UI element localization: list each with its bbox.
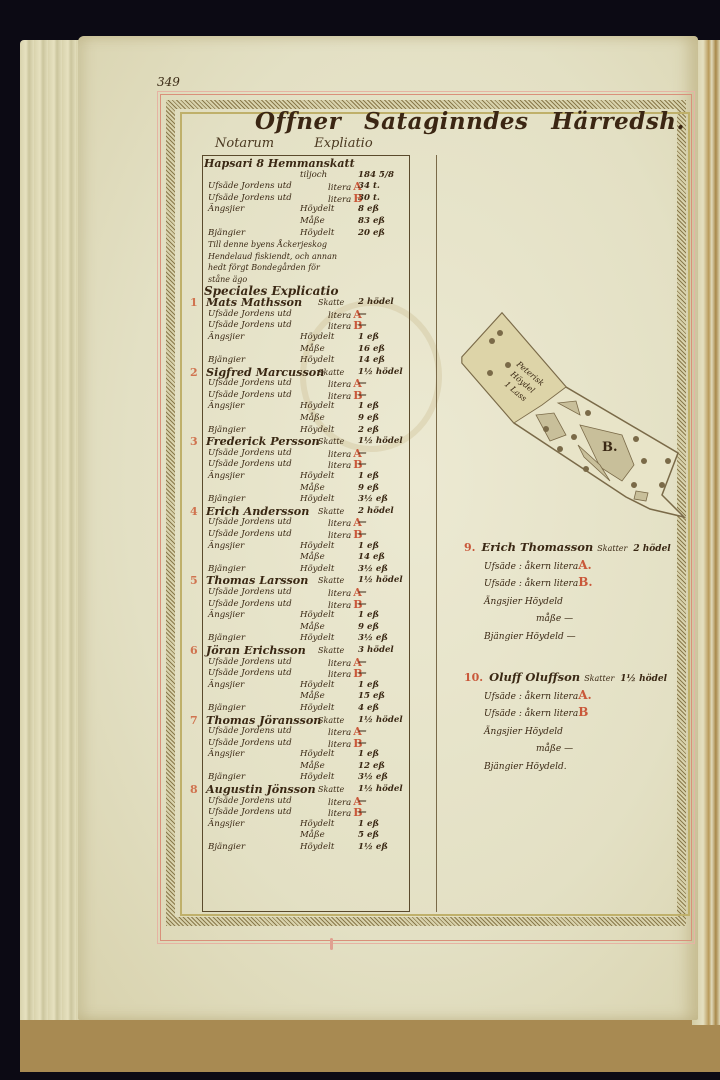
- entry-line: Ufsäde : åkern literaB: [464, 705, 694, 723]
- title-word-2: Sataginndes: [364, 108, 528, 135]
- cardboard-support: [20, 1020, 720, 1072]
- entry-line: måße —: [464, 610, 694, 628]
- table-row: Ufsäde Jordens utdliteraA—: [190, 726, 422, 738]
- entry-name-row: 6Jöran ErichssonSkatte3 hödel: [190, 645, 422, 657]
- table-row: Ufsäde Jordens utdliteraA—: [190, 309, 422, 321]
- table-row: tiljoch 184 5/8: [190, 170, 422, 182]
- table-row: Ufsäde Jordens utdliteraA—: [190, 517, 422, 529]
- table-row: Ufsäde Jordens utdliteraA—: [190, 448, 422, 460]
- table-row: ÄngsjierHöydelt1 eß: [190, 471, 422, 483]
- title-word-1: Offner: [255, 108, 341, 135]
- svg-text:B.: B.: [602, 440, 618, 455]
- header-notarum: Notarum: [215, 136, 274, 151]
- entry-line: Bjängier Höydeld.: [464, 758, 694, 776]
- entry-name-row: 4Erich AnderssonSkatte2 hödel: [190, 506, 422, 518]
- entry-number: 1: [190, 297, 198, 309]
- owner-name-row: 10.Oluff Oluffson Skatter1½ hödel: [464, 670, 694, 688]
- table-row: ÄngsjierHöydelt1 eß: [190, 749, 422, 761]
- table-row: ÄngsjierHöydelt1 eß: [190, 680, 422, 692]
- skatt-value: 1½ hödel: [620, 674, 667, 684]
- entry-line: Ufsäde : åkern literaA.: [464, 558, 694, 576]
- table-row: Ufsäde Jordens utdliteraA—: [190, 657, 422, 669]
- owner-name: Thomas Jöransson: [206, 715, 321, 727]
- entries-list: 1Mats MathssonSkatte2 hödelUfsäde Jorden…: [190, 297, 422, 854]
- owner-name: Jöran Erichsson: [206, 645, 306, 657]
- table-row: Ufsäde Jordens utd literaA 34 t.: [190, 181, 422, 193]
- skatt-value: 1½ hödel: [358, 436, 403, 448]
- red-ink-mark: [330, 938, 333, 950]
- table-row: Ufsäde Jordens utdliteraB—: [190, 668, 422, 680]
- table-row: Ängsjier Höydelt 8 eß: [190, 204, 422, 216]
- folio-number: 349: [157, 75, 180, 89]
- skatt-value: 2 hödel: [633, 544, 670, 554]
- table-row: Ufsäde Jordens utdliteraA—: [190, 378, 422, 390]
- table-row: ÄngsjierHöydelt1 eß: [190, 610, 422, 622]
- table-row: ÄngsjierHöydelt1 eß: [190, 401, 422, 413]
- owner-name: Mats Mathsson: [206, 297, 302, 309]
- table-row: Måße9 eß: [190, 483, 422, 495]
- column-headers: Notarum Expliatio: [215, 136, 373, 151]
- owner-name-row: 9.Erich Thomasson Skatter2 hödel: [464, 540, 694, 558]
- note-line: Till denne byens Åckerjeskog: [190, 239, 422, 251]
- ledger-table: Hapsari 8 Hemmanskatt tiljoch 184 5/8 Uf…: [190, 158, 422, 854]
- table-row: ÄngsjierHöydelt1 eß: [190, 541, 422, 553]
- owner-name: Erich Thomasson: [481, 540, 593, 554]
- skatt-value: 1½ hödel: [358, 367, 403, 379]
- skatt-value: 1½ hödel: [358, 575, 403, 587]
- entry-number: 2: [190, 367, 198, 379]
- entry-name-row: 7Thomas JöranssonSkatte1½ hödel: [190, 715, 422, 727]
- entry-line: Ängsjier Höydeld: [464, 723, 694, 741]
- owner-name: Thomas Larsson: [206, 575, 308, 587]
- entry-name-row: 8Augustin JönssonSkatte1½ hödel: [190, 784, 422, 796]
- table-row: Måße9 eß: [190, 413, 422, 425]
- owner-name: Frederick Persson: [206, 436, 320, 448]
- entry-name-row: 5Thomas LarssonSkatte1½ hödel: [190, 575, 422, 587]
- note-line: hedt förgt Bondegården för: [190, 262, 422, 274]
- entry-line: måße —: [464, 740, 694, 758]
- table-row: Ufsäde Jordens utdliteraB—: [190, 738, 422, 750]
- entry-number: 10.: [464, 671, 483, 684]
- table-row: Måße16 eß: [190, 344, 422, 356]
- table-row: Måße12 eß: [190, 761, 422, 773]
- entry-number: 3: [190, 436, 198, 448]
- table-row: Ufsäde Jordens utdliteraA—: [190, 796, 422, 808]
- owner-name: Sigfred Marcusson: [206, 367, 324, 379]
- table-row: Måße9 eß: [190, 622, 422, 634]
- note-line: Hendelaud fiskiendt, och annan: [190, 251, 422, 263]
- table-row: Bjängier Höydelt 20 eß: [190, 228, 422, 240]
- skatt-value: 1½ hödel: [358, 784, 403, 796]
- table-row: Ufsäde Jordens utdliteraB—: [190, 807, 422, 819]
- table-row: Måße15 eß: [190, 691, 422, 703]
- entry-line: Ufsäde : åkern literaB.: [464, 575, 694, 593]
- table-row: Ufsäde Jordens utd literaB 30 t.: [190, 193, 422, 205]
- entry-line: Ängsjier Höydeld: [464, 593, 694, 611]
- owner-name: Oluff Oluffson: [489, 670, 580, 684]
- table-row: BjängierHöydelt1½ eß: [190, 842, 422, 854]
- entry-line: Ufsäde : åkern literaA.: [464, 688, 694, 706]
- table-row: Måße14 eß: [190, 552, 422, 564]
- page-title: Offner Sataginndes Härredsh.: [255, 108, 685, 135]
- header-explicatio: Expliatio: [314, 136, 372, 151]
- table-row: Ufsäde Jordens utdliteraB—: [190, 320, 422, 332]
- general-heading-row: Hapsari 8 Hemmanskatt: [190, 158, 422, 170]
- table-row: Ufsäde Jordens utdliteraA—: [190, 587, 422, 599]
- table-row: Ufsäde Jordens utdliteraB—: [190, 599, 422, 611]
- skatt-value: 2 hödel: [358, 506, 394, 518]
- table-row: Måße5 eß: [190, 830, 422, 842]
- table-row: Ufsäde Jordens utdliteraB—: [190, 459, 422, 471]
- table-row: ÄngsjierHöydelt1 eß: [190, 332, 422, 344]
- entry-line: Bjängier Höydeld —: [464, 628, 694, 646]
- skatt-value: 2 hödel: [358, 297, 394, 309]
- owner-name: Erich Andersson: [206, 506, 309, 518]
- entry-number: 9.: [464, 541, 475, 554]
- column-divider: [436, 155, 437, 912]
- parcel-map: Peterisk Höydel 1 Lass B.: [450, 305, 690, 520]
- entry-number: 5: [190, 575, 198, 587]
- entry-number: 6: [190, 645, 198, 657]
- title-word-3: Härredsh.: [551, 108, 685, 135]
- entry-name-row: 2Sigfred MarcussonSkatte1½ hödel: [190, 367, 422, 379]
- table-row: ÄngsjierHöydelt1 eß: [190, 819, 422, 831]
- table-row: Ufsäde Jordens utdliteraB—: [190, 529, 422, 541]
- entry-name-row: 3Frederick PerssonSkatte1½ hödel: [190, 436, 422, 448]
- owner-name: Augustin Jönsson: [206, 784, 316, 796]
- entry-number: 4: [190, 506, 198, 518]
- skatt-value: 1½ hödel: [358, 715, 403, 727]
- entry-number: 7: [190, 715, 198, 727]
- skatt-value: 3 hödel: [358, 645, 394, 657]
- table-row: Måße 83 eß: [190, 216, 422, 228]
- entry-name-row: 1Mats MathssonSkatte2 hödel: [190, 297, 422, 309]
- entry-number: 8: [190, 784, 198, 796]
- right-entry-9: 9.Erich Thomasson Skatter2 hödelUfsäde :…: [464, 540, 694, 645]
- right-entry-10: 10.Oluff Oluffson Skatter1½ hödelUfsäde …: [464, 670, 694, 775]
- table-row: Ufsäde Jordens utdliteraB—: [190, 390, 422, 402]
